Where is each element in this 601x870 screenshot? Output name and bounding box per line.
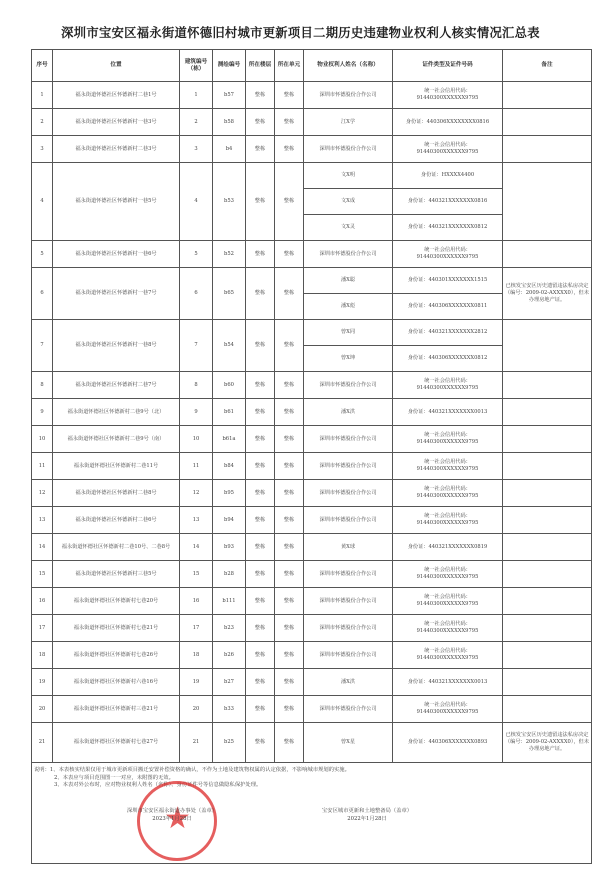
cell-owner: 深圳市怀德股份合作公司 bbox=[304, 82, 393, 109]
cell-building-no: 20 bbox=[180, 696, 213, 723]
cell-id: 身份证：440306XXXXXXX0812 bbox=[393, 346, 503, 372]
cell-id: 统一社会信用代码：91440300XXXXXX9795 bbox=[393, 507, 503, 534]
cell-location: 福永街道怀德社区怀德新村一巷5号 bbox=[53, 163, 180, 241]
cell-building-no: 12 bbox=[180, 480, 213, 507]
cell-id: 身份证：440321XXXXXXX0812 bbox=[393, 215, 503, 241]
cell-building-no: 18 bbox=[180, 642, 213, 669]
cell-unit: 整栋 bbox=[275, 534, 304, 561]
cell-id: 身份证：440321XXXXXXX2812 bbox=[393, 320, 503, 346]
cell-survey-no: b61a bbox=[213, 426, 246, 453]
cell-remark bbox=[503, 399, 592, 426]
cell-unit: 整栋 bbox=[275, 320, 304, 372]
cell-survey-no: b95 bbox=[213, 480, 246, 507]
cell-unit: 整栋 bbox=[275, 480, 304, 507]
cell-unit: 整栋 bbox=[275, 109, 304, 136]
cell-building-no: 14 bbox=[180, 534, 213, 561]
header-id: 证件类型及证件号码 bbox=[393, 50, 503, 82]
cell-survey-no: b26 bbox=[213, 642, 246, 669]
note-item-2: 2、本表应与项目范围图一一对应，未附图的无效。 bbox=[34, 775, 350, 783]
cell-seq: 17 bbox=[32, 615, 53, 642]
table-row: 20福永街道怀德社区怀德新村三巷21号20b33整栋整栋深圳市怀德股份合作公司统… bbox=[32, 696, 592, 723]
cell-seq: 13 bbox=[32, 507, 53, 534]
cell-survey-no: b33 bbox=[213, 696, 246, 723]
cell-building-no: 9 bbox=[180, 399, 213, 426]
cell-id: 身份证：440301XXXXXXX1515 bbox=[393, 268, 503, 294]
cell-unit: 整栋 bbox=[275, 136, 304, 163]
cell-location: 福永街道怀德社区怀德新村一巷6号 bbox=[53, 241, 180, 268]
cell-survey-no: b27 bbox=[213, 669, 246, 696]
cell-survey-no: b4 bbox=[213, 136, 246, 163]
cell-seq: 19 bbox=[32, 669, 53, 696]
cell-remark bbox=[503, 507, 592, 534]
cell-survey-no: b57 bbox=[213, 82, 246, 109]
cell-unit: 整栋 bbox=[275, 372, 304, 399]
notes-label: 说明： bbox=[34, 767, 50, 773]
cell-location: 福永街道怀德社区怀德新村七巷20号 bbox=[53, 588, 180, 615]
cell-owner: 曾X坤 bbox=[304, 346, 393, 372]
header-survey-no: 测绘编号 bbox=[213, 50, 246, 82]
cell-floor: 整栋 bbox=[246, 723, 275, 763]
cell-owner: 深圳市怀德股份合作公司 bbox=[304, 372, 393, 399]
header-floor: 所在楼层 bbox=[246, 50, 275, 82]
cell-remark bbox=[503, 669, 592, 696]
cell-floor: 整栋 bbox=[246, 426, 275, 453]
cell-id: 统一社会信用代码：91440300XXXXXX9795 bbox=[393, 561, 503, 588]
cell-unit: 整栋 bbox=[275, 82, 304, 109]
cell-floor: 整栋 bbox=[246, 453, 275, 480]
cell-seq: 8 bbox=[32, 372, 53, 399]
header-owner: 物业权利人姓名（名称） bbox=[304, 50, 393, 82]
cell-survey-no: b53 bbox=[213, 163, 246, 241]
cell-id: 统一社会信用代码：91440300XXXXXX9795 bbox=[393, 696, 503, 723]
cell-owner: 潘X聪 bbox=[304, 268, 393, 294]
cell-id: 统一社会信用代码：91440300XXXXXX9795 bbox=[393, 480, 503, 507]
cell-owner: 深圳市怀德股份合作公司 bbox=[304, 588, 393, 615]
cell-location: 福永街道怀德社区怀德新村二巷1号 bbox=[53, 82, 180, 109]
table-row: 15福永街道怀德社区怀德新村三巷5号15b28整栋整栋深圳市怀德股份合作公司统一… bbox=[32, 561, 592, 588]
cell-seq: 18 bbox=[32, 642, 53, 669]
cell-owner: 曾X星 bbox=[304, 723, 393, 763]
cell-remark bbox=[503, 615, 592, 642]
cell-remark bbox=[503, 82, 592, 109]
cell-floor: 整栋 bbox=[246, 372, 275, 399]
table-row: 7福永街道怀德社区怀德新村一巷8号7b54整栋整栋曾X同身份证：440321XX… bbox=[32, 320, 592, 346]
cell-remark bbox=[503, 320, 592, 372]
cell-floor: 整栋 bbox=[246, 241, 275, 268]
cell-building-no: 2 bbox=[180, 109, 213, 136]
cell-remark bbox=[503, 372, 592, 399]
cell-survey-no: b52 bbox=[213, 241, 246, 268]
cell-owner: 黄X球 bbox=[304, 534, 393, 561]
cell-owner: 潘X洪 bbox=[304, 399, 393, 426]
cell-floor: 整栋 bbox=[246, 82, 275, 109]
cell-floor: 整栋 bbox=[246, 615, 275, 642]
cell-location: 福永街道怀德社区怀德新村二巷7号 bbox=[53, 372, 180, 399]
cell-floor: 整栋 bbox=[246, 480, 275, 507]
cell-floor: 整栋 bbox=[246, 507, 275, 534]
table-row: 3福永街道怀德社区怀德新村二巷3号3b4整栋整栋深圳市怀德股份合作公司统一社会信… bbox=[32, 136, 592, 163]
cell-building-no: 10 bbox=[180, 426, 213, 453]
table-row: 19福永街道怀德社区怀德新村六巷16号19b27整栋整栋潘X洪身份证：44032… bbox=[32, 669, 592, 696]
cell-survey-no: b84 bbox=[213, 453, 246, 480]
cell-remark: 已核发宝安区历史遗留违法私房决定（编号：2009-02-AXXXX0），但未办理… bbox=[503, 268, 592, 320]
cell-location: 福永街道怀德社区怀德新村三巷21号 bbox=[53, 696, 180, 723]
note-item-3: 3、本表对外公布时，应对物业权利人姓名（名称）、身份证件号等信息做隐私保护处理。 bbox=[34, 782, 350, 790]
cell-location: 福永街道怀德社区怀德新村二巷9号（北） bbox=[53, 399, 180, 426]
cell-id: 身份证：440321XXXXXXX0819 bbox=[393, 534, 503, 561]
cell-id: 统一社会信用代码：91440300XXXXXX9795 bbox=[393, 588, 503, 615]
cell-building-no: 8 bbox=[180, 372, 213, 399]
cell-floor: 整栋 bbox=[246, 320, 275, 372]
cell-seq: 7 bbox=[32, 320, 53, 372]
cell-remark bbox=[503, 588, 592, 615]
signature-right-org: 宝安区城市更新和土地整备局（盖章） bbox=[322, 808, 412, 816]
cell-unit: 整栋 bbox=[275, 696, 304, 723]
cell-owner: 深圳市怀德股份合作公司 bbox=[304, 642, 393, 669]
cell-floor: 整栋 bbox=[246, 268, 275, 320]
table-header-row: 序号 位置 建筑编号（栋） 测绘编号 所在楼层 所在单元 物业权利人姓名（名称）… bbox=[32, 50, 592, 82]
note-item-1: 说明：1、本表核实结果仅用于城市更新项目搬迁安置补偿资格的确认，不作为土地及建筑… bbox=[34, 767, 350, 775]
notes-row: 说明：1、本表核实结果仅用于城市更新项目搬迁安置补偿资格的确认，不作为土地及建筑… bbox=[32, 763, 592, 864]
table-row: 4福永街道怀德社区怀德新村一巷5号4b53整栋整栋文X明身份证：HXXXX440… bbox=[32, 163, 592, 189]
cell-seq: 9 bbox=[32, 399, 53, 426]
cell-floor: 整栋 bbox=[246, 163, 275, 241]
cell-floor: 整栋 bbox=[246, 696, 275, 723]
cell-location: 福永街道怀德社区怀德新村一巷8号 bbox=[53, 320, 180, 372]
cell-id: 统一社会信用代码：91440300XXXXXX9795 bbox=[393, 372, 503, 399]
cell-id: 统一社会信用代码：91440300XXXXXX9795 bbox=[393, 241, 503, 268]
cell-remark: 已核发宝安区历史遗留违法私房决定（编号：2009-02-AXXXX0），但未办理… bbox=[503, 723, 592, 763]
cell-building-no: 15 bbox=[180, 561, 213, 588]
cell-location: 福永街道怀德社区怀德新村二巷8号 bbox=[53, 480, 180, 507]
cell-id: 身份证：440306XXXXXXX0811 bbox=[393, 294, 503, 320]
cell-remark bbox=[503, 480, 592, 507]
cell-remark bbox=[503, 109, 592, 136]
cell-id: 身份证：440321XXXXXXX0816 bbox=[393, 189, 503, 215]
table-row: 21福永街道怀德社区怀德新村七巷27号21b25整栋整栋曾X星身份证：44030… bbox=[32, 723, 592, 763]
cell-seq: 2 bbox=[32, 109, 53, 136]
cell-location: 福永街道怀德社区怀德新村二巷11号 bbox=[53, 453, 180, 480]
cell-owner: 深圳市怀德股份合作公司 bbox=[304, 453, 393, 480]
table-row: 9福永街道怀德社区怀德新村二巷9号（北）9b61整栋整栋潘X洪身份证：44032… bbox=[32, 399, 592, 426]
cell-floor: 整栋 bbox=[246, 399, 275, 426]
cell-location: 福永街道怀德社区怀德新村六巷16号 bbox=[53, 669, 180, 696]
cell-seq: 6 bbox=[32, 268, 53, 320]
cell-unit: 整栋 bbox=[275, 453, 304, 480]
cell-owner: 深圳市怀德股份合作公司 bbox=[304, 615, 393, 642]
cell-floor: 整栋 bbox=[246, 534, 275, 561]
header-remark: 备注 bbox=[503, 50, 592, 82]
cell-id: 身份证：440306XXXXXXXX0816 bbox=[393, 109, 503, 136]
cell-seq: 21 bbox=[32, 723, 53, 763]
cell-building-no: 6 bbox=[180, 268, 213, 320]
cell-survey-no: b28 bbox=[213, 561, 246, 588]
cell-owner: 深圳市怀德股份合作公司 bbox=[304, 136, 393, 163]
cell-unit: 整栋 bbox=[275, 426, 304, 453]
cell-owner: 文X明 bbox=[304, 163, 393, 189]
signature-left-date: 2023年1月28日 bbox=[127, 816, 217, 824]
cell-seq: 10 bbox=[32, 426, 53, 453]
table-row: 6福永街道怀德社区怀德新村一巷7号6b65整栋整栋潘X聪身份证：440301XX… bbox=[32, 268, 592, 294]
document-title: 深圳市宝安区福永街道怀德旧村城市更新项目二期历史违建物业权利人核实情况汇总表 bbox=[0, 23, 601, 41]
cell-unit: 整栋 bbox=[275, 399, 304, 426]
signature-left: 深圳市宝安区福永街道办事处（盖章） 2023年1月28日 bbox=[127, 808, 217, 823]
cell-owner: 深圳市怀德股份合作公司 bbox=[304, 426, 393, 453]
cell-floor: 整栋 bbox=[246, 136, 275, 163]
cell-owner: 潘X彪 bbox=[304, 294, 393, 320]
cell-owner: 深圳市怀德股份合作公司 bbox=[304, 480, 393, 507]
cell-unit: 整栋 bbox=[275, 507, 304, 534]
cell-owner: 深圳市怀德股份合作公司 bbox=[304, 507, 393, 534]
cell-remark bbox=[503, 642, 592, 669]
cell-id: 统一社会信用代码：91440300XXXXXX9795 bbox=[393, 82, 503, 109]
cell-seq: 4 bbox=[32, 163, 53, 241]
cell-remark bbox=[503, 696, 592, 723]
cell-building-no: 16 bbox=[180, 588, 213, 615]
cell-seq: 3 bbox=[32, 136, 53, 163]
cell-owner: 江X学 bbox=[304, 109, 393, 136]
cell-unit: 整栋 bbox=[275, 642, 304, 669]
cell-survey-no: b61 bbox=[213, 399, 246, 426]
cell-owner: 深圳市怀德股份合作公司 bbox=[304, 696, 393, 723]
cell-owner: 深圳市怀德股份合作公司 bbox=[304, 561, 393, 588]
cell-location: 福永街道怀德社区怀德新村七巷26号 bbox=[53, 642, 180, 669]
cell-unit: 整栋 bbox=[275, 163, 304, 241]
cell-unit: 整栋 bbox=[275, 588, 304, 615]
table-row: 2福永街道怀德社区怀德新村一巷3号2b58整栋整栋江X学身份证：440306XX… bbox=[32, 109, 592, 136]
cell-location: 福永街道怀德社区怀德新村一巷7号 bbox=[53, 268, 180, 320]
table-row: 11福永街道怀德社区怀德新村二巷11号11b84整栋整栋深圳市怀德股份合作公司统… bbox=[32, 453, 592, 480]
cell-location: 福永街道怀德社区怀德新村二巷10号、二巷8号 bbox=[53, 534, 180, 561]
cell-seq: 11 bbox=[32, 453, 53, 480]
signature-right: 宝安区城市更新和土地整备局（盖章） 2022年1月28日 bbox=[322, 808, 412, 823]
table-row: 8福永街道怀德社区怀德新村二巷7号8b60整栋整栋深圳市怀德股份合作公司统一社会… bbox=[32, 372, 592, 399]
cell-seq: 14 bbox=[32, 534, 53, 561]
table-row: 14福永街道怀德社区怀德新村二巷10号、二巷8号14b93整栋整栋黄X球身份证：… bbox=[32, 534, 592, 561]
table-row: 16福永街道怀德社区怀德新村七巷20号16b111整栋整栋深圳市怀德股份合作公司… bbox=[32, 588, 592, 615]
table-row: 18福永街道怀德社区怀德新村七巷26号18b26整栋整栋深圳市怀德股份合作公司统… bbox=[32, 642, 592, 669]
cell-owner: 曾X同 bbox=[304, 320, 393, 346]
cell-building-no: 5 bbox=[180, 241, 213, 268]
cell-unit: 整栋 bbox=[275, 241, 304, 268]
cell-survey-no: b54 bbox=[213, 320, 246, 372]
cell-unit: 整栋 bbox=[275, 615, 304, 642]
table-body: 1福永街道怀德社区怀德新村二巷1号1b57整栋整栋深圳市怀德股份合作公司统一社会… bbox=[32, 82, 592, 763]
cell-floor: 整栋 bbox=[246, 588, 275, 615]
cell-id: 统一社会信用代码：91440300XXXXXX9795 bbox=[393, 615, 503, 642]
signature-right-date: 2022年1月28日 bbox=[322, 816, 412, 824]
cell-remark bbox=[503, 453, 592, 480]
table-row: 12福永街道怀德社区怀德新村二巷8号12b95整栋整栋深圳市怀德股份合作公司统一… bbox=[32, 480, 592, 507]
notes-cell: 说明：1、本表核实结果仅用于城市更新项目搬迁安置补偿资格的确认，不作为土地及建筑… bbox=[32, 763, 592, 864]
cell-seq: 1 bbox=[32, 82, 53, 109]
cell-building-no: 21 bbox=[180, 723, 213, 763]
cell-location: 福永街道怀德社区怀德新村二巷6号 bbox=[53, 507, 180, 534]
cell-id: 统一社会信用代码：91440300XXXXXX9795 bbox=[393, 426, 503, 453]
cell-location: 福永街道怀德社区怀德新村二巷9号（南） bbox=[53, 426, 180, 453]
cell-building-no: 1 bbox=[180, 82, 213, 109]
notes: 说明：1、本表核实结果仅用于城市更新项目搬迁安置补偿资格的确认，不作为土地及建筑… bbox=[34, 767, 350, 790]
cell-floor: 整栋 bbox=[246, 561, 275, 588]
cell-unit: 整栋 bbox=[275, 561, 304, 588]
cell-seq: 12 bbox=[32, 480, 53, 507]
cell-seq: 16 bbox=[32, 588, 53, 615]
cell-remark bbox=[503, 136, 592, 163]
cell-owner: 深圳市怀德股份合作公司 bbox=[304, 241, 393, 268]
cell-id: 统一社会信用代码：91440300XXXXXX9795 bbox=[393, 136, 503, 163]
cell-survey-no: b94 bbox=[213, 507, 246, 534]
cell-floor: 整栋 bbox=[246, 642, 275, 669]
cell-floor: 整栋 bbox=[246, 669, 275, 696]
signature-left-org: 深圳市宝安区福永街道办事处（盖章） bbox=[127, 808, 217, 816]
cell-unit: 整栋 bbox=[275, 669, 304, 696]
cell-location: 福永街道怀德社区怀德新村二巷3号 bbox=[53, 136, 180, 163]
cell-remark bbox=[503, 163, 592, 241]
cell-survey-no: b25 bbox=[213, 723, 246, 763]
cell-id: 统一社会信用代码：91440300XXXXXX9795 bbox=[393, 642, 503, 669]
table-row: 10福永街道怀德社区怀德新村二巷9号（南）10b61a整栋整栋深圳市怀德股份合作… bbox=[32, 426, 592, 453]
cell-building-no: 11 bbox=[180, 453, 213, 480]
table-row: 1福永街道怀德社区怀德新村二巷1号1b57整栋整栋深圳市怀德股份合作公司统一社会… bbox=[32, 82, 592, 109]
cell-id: 身份证：440321XXXXXXX0013 bbox=[393, 399, 503, 426]
cell-building-no: 4 bbox=[180, 163, 213, 241]
cell-building-no: 17 bbox=[180, 615, 213, 642]
cell-owner: 文X成 bbox=[304, 189, 393, 215]
cell-building-no: 19 bbox=[180, 669, 213, 696]
cell-location: 福永街道怀德社区怀德新村一巷3号 bbox=[53, 109, 180, 136]
cell-building-no: 3 bbox=[180, 136, 213, 163]
cell-survey-no: b23 bbox=[213, 615, 246, 642]
cell-survey-no: b65 bbox=[213, 268, 246, 320]
table-row: 17福永街道怀德社区怀德新村七巷21号17b23整栋整栋深圳市怀德股份合作公司统… bbox=[32, 615, 592, 642]
cell-floor: 整栋 bbox=[246, 109, 275, 136]
cell-location: 福永街道怀德社区怀德新村七巷21号 bbox=[53, 615, 180, 642]
cell-id: 统一社会信用代码：91440300XXXXXX9795 bbox=[393, 453, 503, 480]
cell-owner: 文X灵 bbox=[304, 215, 393, 241]
cell-unit: 整栋 bbox=[275, 723, 304, 763]
cell-seq: 15 bbox=[32, 561, 53, 588]
cell-survey-no: b111 bbox=[213, 588, 246, 615]
header-seq: 序号 bbox=[32, 50, 53, 82]
header-unit: 所在单元 bbox=[275, 50, 304, 82]
cell-building-no: 7 bbox=[180, 320, 213, 372]
cell-building-no: 13 bbox=[180, 507, 213, 534]
cell-remark bbox=[503, 561, 592, 588]
cell-unit: 整栋 bbox=[275, 268, 304, 320]
cell-id: 身份证：440321XXXXXXX0013 bbox=[393, 669, 503, 696]
cell-location: 福永街道怀德社区怀德新村七巷27号 bbox=[53, 723, 180, 763]
cell-location: 福永街道怀德社区怀德新村三巷5号 bbox=[53, 561, 180, 588]
cell-survey-no: b93 bbox=[213, 534, 246, 561]
cell-survey-no: b60 bbox=[213, 372, 246, 399]
cell-survey-no: b58 bbox=[213, 109, 246, 136]
cell-id: 身份证：HXXXX4400 bbox=[393, 163, 503, 189]
cell-id: 身份证：440306XXXXXXX0893 bbox=[393, 723, 503, 763]
cell-seq: 20 bbox=[32, 696, 53, 723]
header-building-no: 建筑编号（栋） bbox=[180, 50, 213, 82]
cell-owner: 潘X洪 bbox=[304, 669, 393, 696]
header-location: 位置 bbox=[53, 50, 180, 82]
summary-table: 序号 位置 建筑编号（栋） 测绘编号 所在楼层 所在单元 物业权利人姓名（名称）… bbox=[31, 49, 592, 864]
cell-remark bbox=[503, 426, 592, 453]
cell-remark bbox=[503, 241, 592, 268]
cell-seq: 5 bbox=[32, 241, 53, 268]
cell-remark bbox=[503, 534, 592, 561]
table-row: 13福永街道怀德社区怀德新村二巷6号13b94整栋整栋深圳市怀德股份合作公司统一… bbox=[32, 507, 592, 534]
table-row: 5福永街道怀德社区怀德新村一巷6号5b52整栋整栋深圳市怀德股份合作公司统一社会… bbox=[32, 241, 592, 268]
